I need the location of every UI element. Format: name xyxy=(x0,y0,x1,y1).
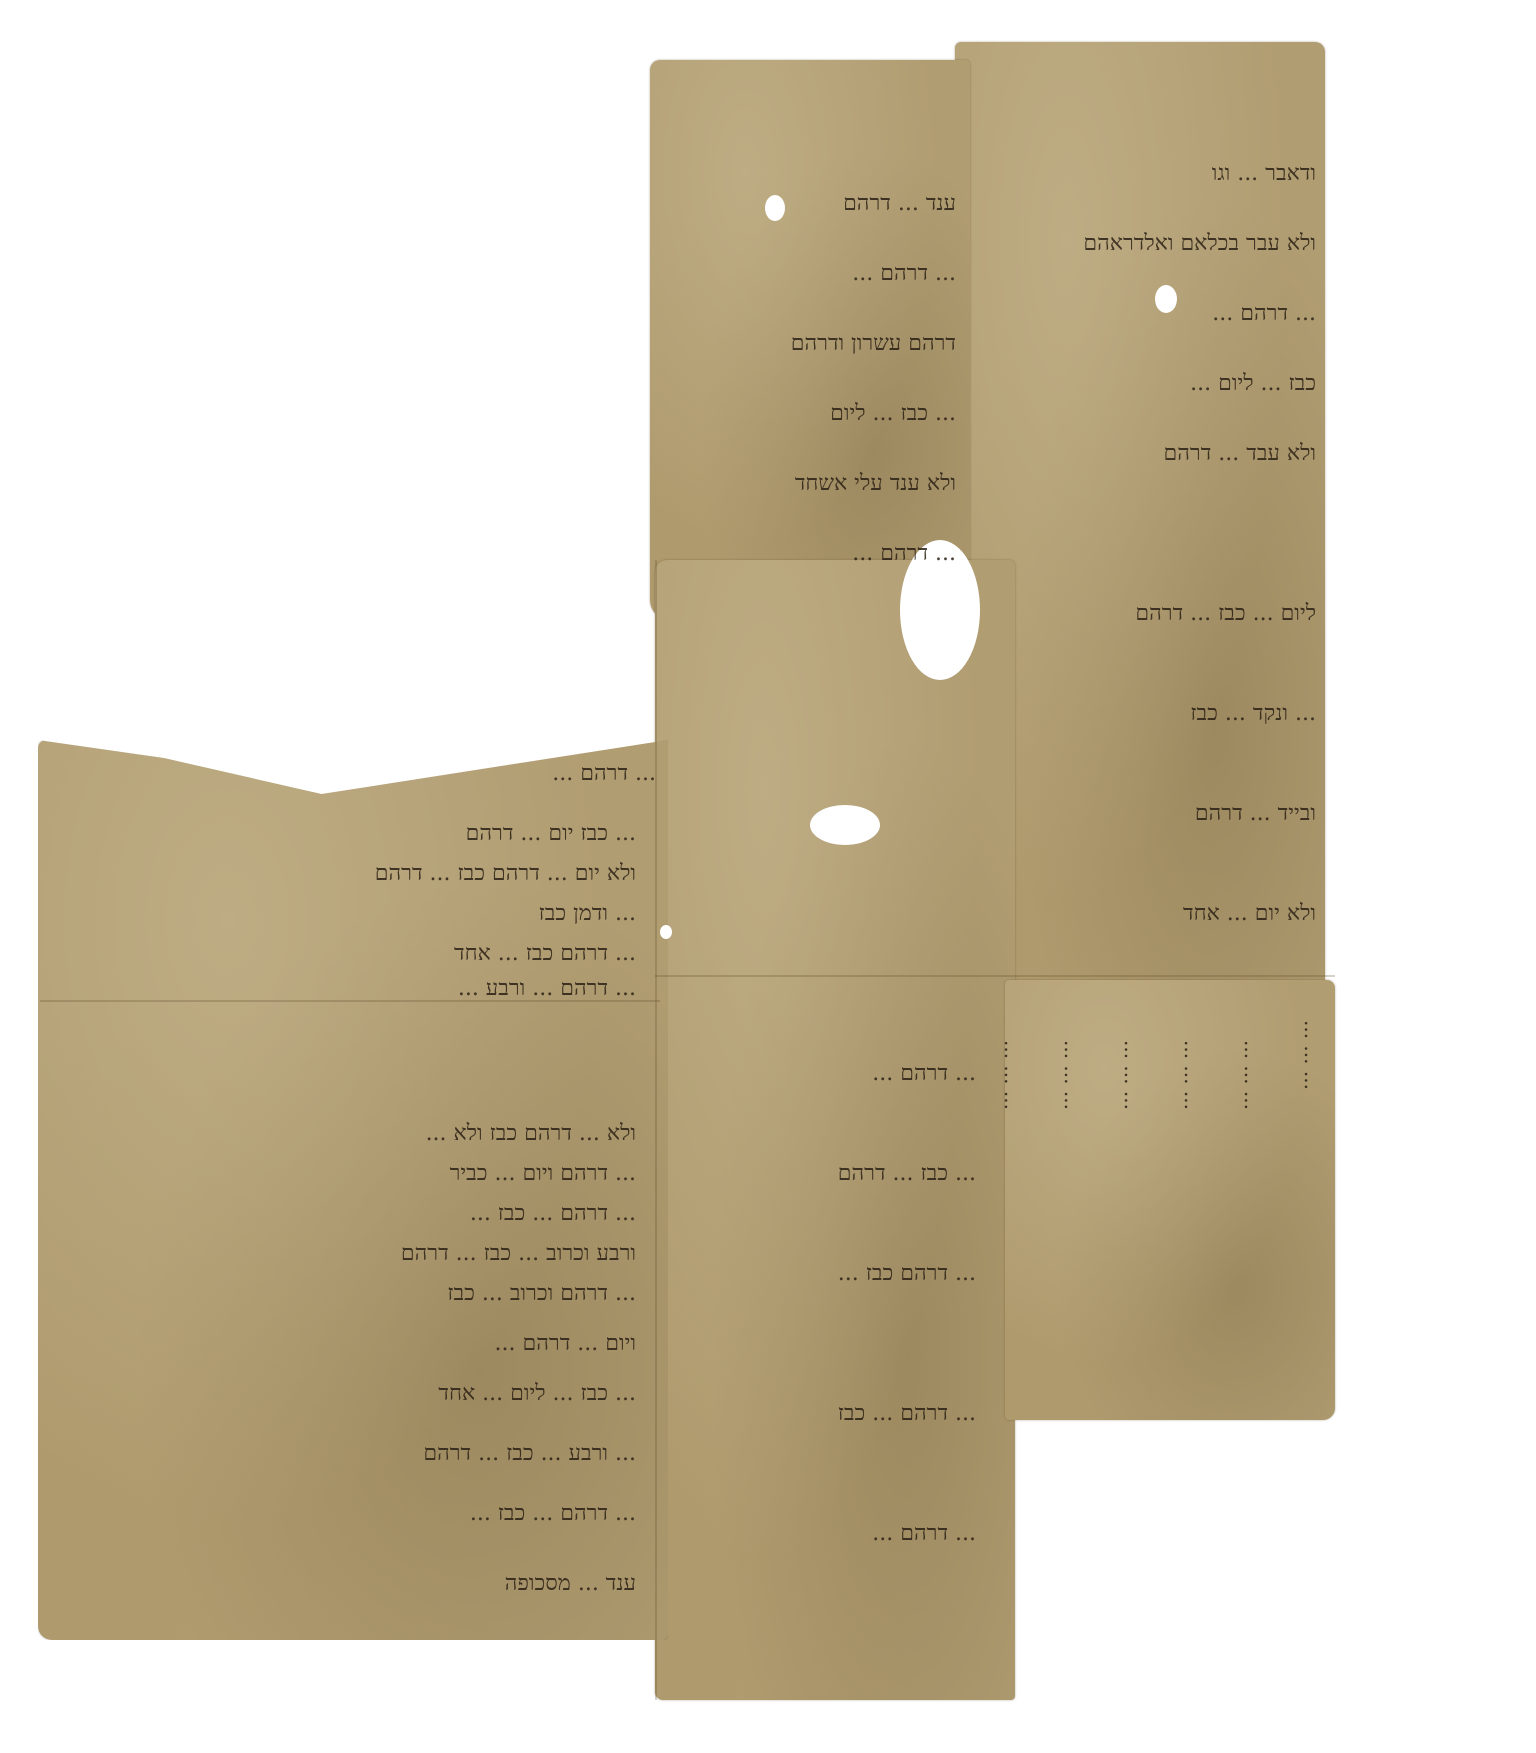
text-line: ולא יום ... דרהם כבז ... דרהם xyxy=(375,860,636,886)
text-line: ... דרהם ... xyxy=(852,260,956,286)
text-line: ולא עבד ... דרהם xyxy=(1164,440,1317,466)
leaf-heading: ודאבר ... וגו xyxy=(1212,160,1316,186)
text-line: ... דרהם ... ורבע ... xyxy=(458,975,636,1001)
manuscript-leaf-lower-right xyxy=(1005,980,1335,1420)
list-column: ... ... ... xyxy=(1000,1040,1024,1110)
damage-hole xyxy=(1155,285,1177,313)
text-line: ... דרהם ... כבז ... xyxy=(470,1200,636,1226)
text-line: ... כבז ... דרהם xyxy=(838,1160,976,1186)
list-column: ... ... ... xyxy=(1180,1040,1204,1110)
text-line: ... דרהם ויום ... כביר xyxy=(450,1160,636,1186)
fold-line xyxy=(655,560,657,1700)
text-line: ... ודמן כבז xyxy=(539,900,636,926)
text-line: ... דרהם ... xyxy=(852,540,956,566)
text-line: ולא ... דרהם כבז ולא ... xyxy=(426,1120,636,1146)
text-line: ענד ... מסכופה xyxy=(505,1570,636,1596)
text-line: ... דרהם ... כבז ... xyxy=(470,1500,636,1526)
text-line: ... דרהם ... xyxy=(1212,300,1316,326)
text-line: דרהם עשרון ודרהם xyxy=(791,330,956,356)
damage-hole xyxy=(660,925,672,939)
text-line: ענד ... דרהם xyxy=(843,190,956,216)
text-line: כבז ... ליום ... xyxy=(1190,370,1316,396)
leaf-heading: ... דרהם ... xyxy=(552,760,656,786)
text-line: ... כבז ... ליום ... אחד xyxy=(438,1380,636,1406)
text-line: ולא ענד עלי אשחד xyxy=(795,470,956,496)
text-line: ורבע וכרוב ... כבז ... דרהם xyxy=(401,1240,636,1266)
text-line: ליום ... כבז ... דרהם xyxy=(1135,600,1316,626)
text-line: ... ונקד ... כבז xyxy=(1190,700,1316,726)
text-line: ... דרהם כבז ... אחד xyxy=(454,940,636,966)
text-line: ... דרהם וכרוב ... כבז xyxy=(447,1280,636,1306)
list-column: ... ... ... xyxy=(1060,1040,1084,1110)
text-line: ... דרהם ... xyxy=(872,1520,976,1546)
text-line: ולא יום ... אחד xyxy=(1183,900,1316,926)
damage-hole xyxy=(765,195,785,221)
list-column: ... ... ... xyxy=(1300,1020,1324,1090)
list-column: ... ... ... xyxy=(1240,1040,1264,1110)
text-line: ... דרהם כבז ... xyxy=(838,1260,976,1286)
text-line: ... דרהם ... xyxy=(872,1060,976,1086)
text-line: ... דרהם ... כבז xyxy=(838,1400,976,1426)
text-line: ... כבז יום ... דרהם xyxy=(466,820,636,846)
text-line: ולא עבר בכלאם ואלדראהם xyxy=(1083,230,1316,256)
text-line: ויום ... דרהם ... xyxy=(495,1330,636,1356)
fold-line xyxy=(655,975,1335,977)
text-line: ובייד ... דרהם xyxy=(1195,800,1316,826)
damage-hole xyxy=(810,805,880,845)
text-line: ... ורבע ... כבז ... דרהם xyxy=(423,1440,636,1466)
list-column: ... ... ... xyxy=(1120,1040,1144,1110)
text-line: ... כבז ... ליום xyxy=(830,400,956,426)
